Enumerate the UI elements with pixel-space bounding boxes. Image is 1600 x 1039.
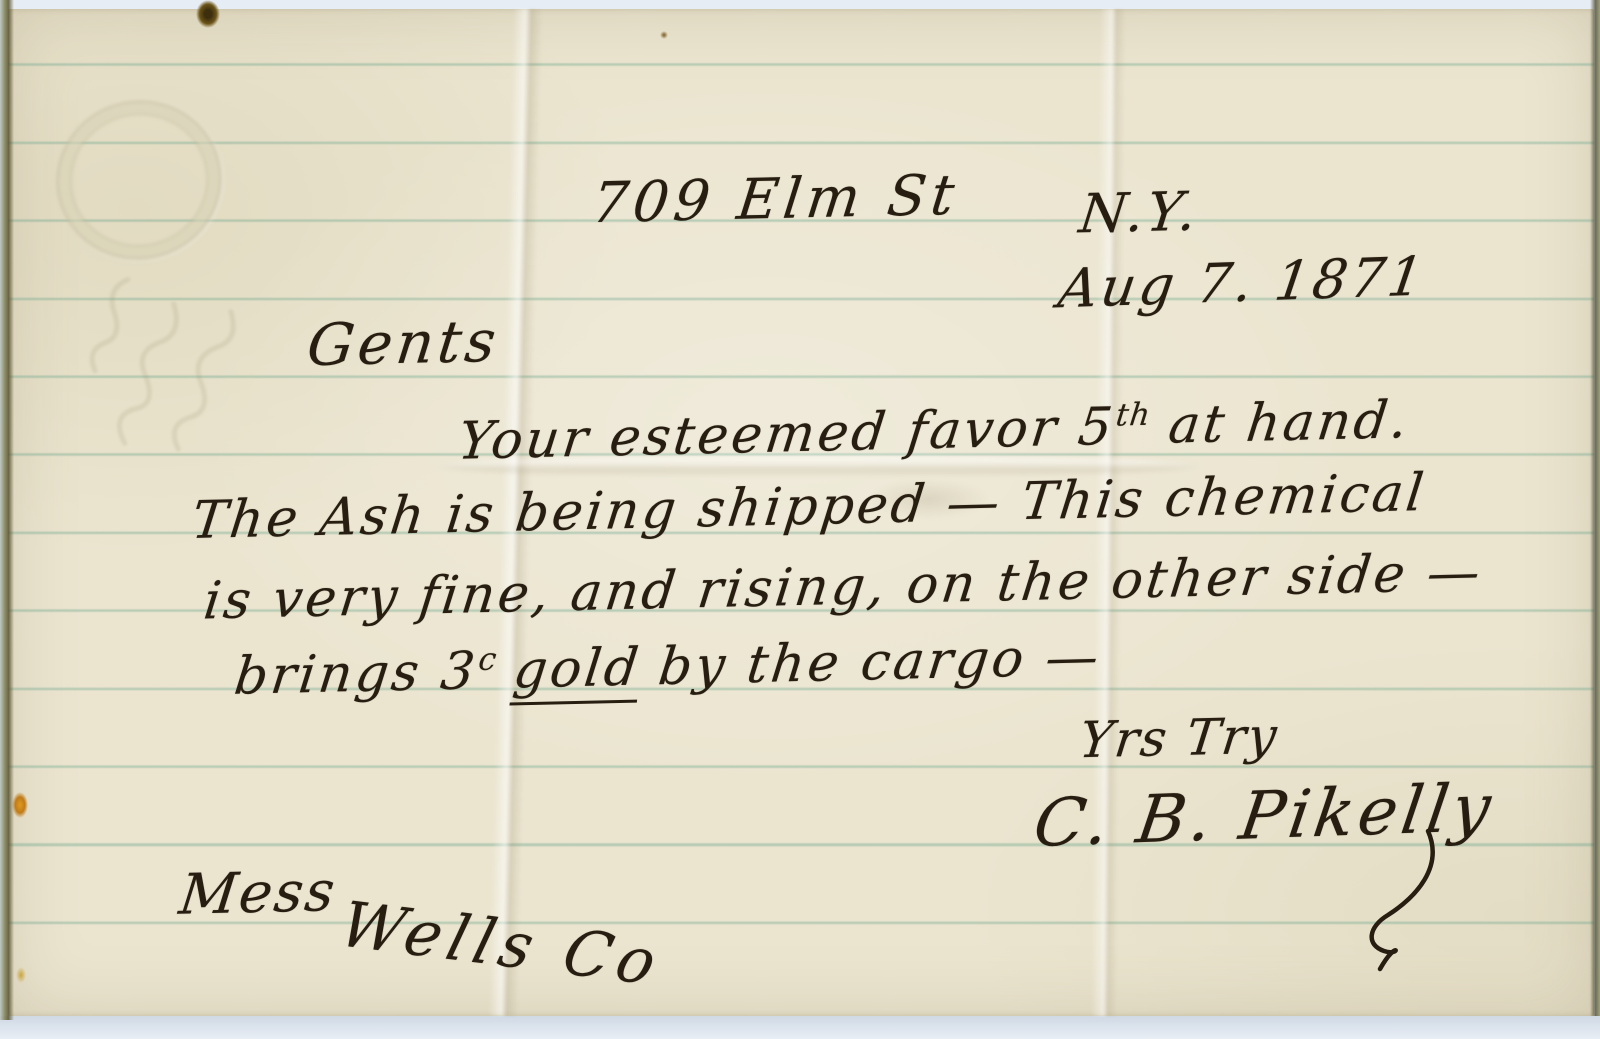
adhesive-stain-top [196,0,220,28]
ghost-ink-showthrough [18,129,318,509]
address-line: 709 Elm St [589,163,963,236]
body-line-1-tail: at hand. [1146,390,1414,456]
region-abbreviation: N.Y. [1076,180,1203,246]
paper-torn-edge-left [0,0,14,1020]
addressee-prefix: Mess [176,859,340,928]
body-line-4-tail: by the cargo — [655,627,1104,697]
closing-valediction: Yrs Try [1076,707,1281,769]
scanner-background [0,1016,1600,1039]
cents-superscript: c [477,642,500,678]
ordinal-superscript: th [1114,397,1153,434]
signature-flourish [1358,827,1448,977]
paper-edge-right [1590,0,1600,1016]
body-line-4-text: brings 3 [231,641,481,706]
date-line: Aug 7. 1871 [1055,245,1431,321]
letter-paper: 709 Elm St N.Y. Aug 7. 1871 Gents Your e… [8,9,1594,1016]
wax-speck [12,792,28,818]
underlined-word: gold [510,638,645,706]
ink-speck [660,31,668,39]
salutation: Gents [304,307,504,379]
edge-speck [16,967,26,983]
